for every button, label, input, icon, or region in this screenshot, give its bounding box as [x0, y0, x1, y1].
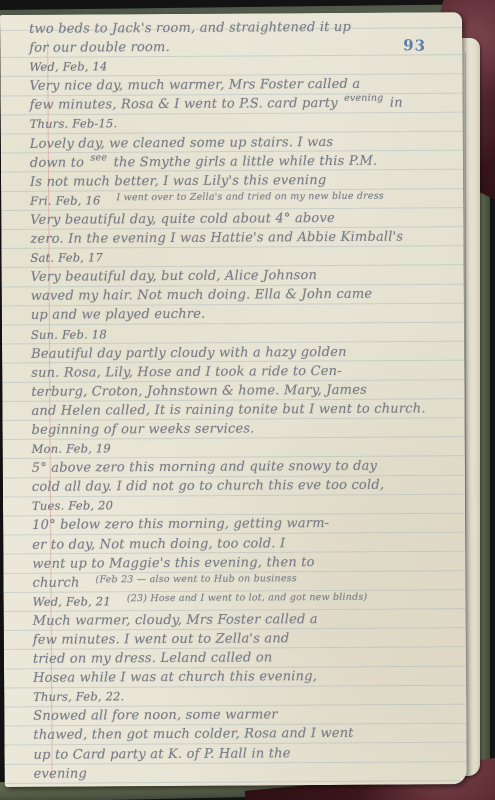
handwriting-line: 10° below zero this morning, getting war…: [32, 514, 455, 536]
entry-date-line: Tues. Feb, 20: [32, 495, 455, 517]
handwriting-text: two beds to Jack's room, and straightene…: [29, 17, 457, 783]
handwriting-line: er to day, Not much doing, too cold. I: [32, 533, 455, 555]
handwriting-line: Snowed all fore noon, some warmer: [33, 705, 456, 727]
entry-date-line: Sat. Feb, 17: [30, 246, 453, 268]
handwriting-line: evening: [34, 762, 457, 784]
entry-date-line: Fri. Feb, 16I went over to Zella's and t…: [30, 189, 453, 211]
handwriting-line: and Helen called, It is raining tonite b…: [31, 399, 454, 421]
handwriting-line: Hosea while I was at church this evening…: [33, 666, 456, 688]
interlinear-note: (Feb 23 — also went to Hub on business: [96, 573, 297, 585]
handwriting-line: waved my hair. Not much doing. Ella & Jo…: [31, 285, 454, 307]
interlinear-insertion: see: [90, 152, 107, 163]
entry-date-line: Mon. Feb, 19: [32, 437, 455, 459]
diary-page: 93 two beds to Jack's room, and straight…: [0, 12, 467, 787]
handwriting-line: terburg, Croton, Johnstown & home. Mary,…: [31, 380, 454, 402]
handwriting-line: up to Card party at K. of P. Hall in the: [33, 743, 456, 765]
handwriting-line: few minutes. I went out to Zella's and: [33, 628, 456, 650]
handwriting-line: up and we played euchre.: [31, 304, 454, 326]
handwriting-line: Very beautiful day, quite cold about 4° …: [30, 208, 453, 230]
interlinear-note: I went over to Zella's and tried on my n…: [116, 191, 383, 204]
handwriting-line: church(Feb 23 — also went to Hub on busi…: [32, 571, 455, 593]
handwriting-line: Beautiful day partly cloudy with a hazy …: [31, 342, 454, 364]
handwriting-line: sun. Rosa, Lily, Hose and I took a ride …: [31, 361, 454, 383]
handwriting-line: Lovely day, we cleaned some up stairs. I…: [30, 132, 453, 154]
handwriting-line: Very beautiful day, but cold, Alice John…: [31, 265, 454, 287]
handwriting-line: down to see the Smythe girls a little wh…: [30, 151, 453, 173]
entry-date-line: Thurs. Feb-15.: [30, 113, 453, 135]
handwriting-line: thawed, then got much colder, Rosa and I…: [33, 724, 456, 746]
handwriting-line: went up to Maggie's this evening, then t…: [32, 552, 455, 574]
entry-date-line: Sun. Feb. 18: [31, 323, 454, 345]
handwriting-line: Much warmer, cloudy, Mrs Foster called a: [33, 609, 456, 631]
handwriting-line: Very nice day, much warmer, Mrs Foster c…: [29, 75, 452, 97]
entry-date-line: Wed, Feb, 14: [29, 55, 452, 77]
interlinear-insertion: evening: [344, 93, 383, 104]
handwriting-line: tried on my dress. Leland called on: [33, 647, 456, 669]
handwriting-line: 5° above zero this morning and quite sno…: [32, 456, 455, 478]
scanned-diary-photo: 93 two beds to Jack's room, and straight…: [0, 0, 495, 800]
handwriting-line: Is not much better, I was Lily's this ev…: [30, 170, 453, 192]
handwriting-line: zero. In the evening I was Hattie's and …: [30, 227, 453, 249]
interlinear-note: (23) Hose and I went to lot, and got new…: [127, 592, 368, 604]
entry-date-line: Wed, Feb, 21(23) Hose and I went to lot,…: [33, 590, 456, 612]
entry-date-line: Thurs, Feb, 22.: [33, 686, 456, 708]
handwriting-line: few minutes, Rosa & I went to P.S. card …: [29, 94, 452, 116]
handwriting-line: cold all day. I did not go to church thi…: [32, 475, 455, 497]
handwriting-line: beginning of our weeks services.: [31, 418, 454, 440]
handwriting-line: two beds to Jack's room, and straightene…: [29, 17, 452, 39]
handwriting-line: for our double room.: [29, 36, 452, 58]
